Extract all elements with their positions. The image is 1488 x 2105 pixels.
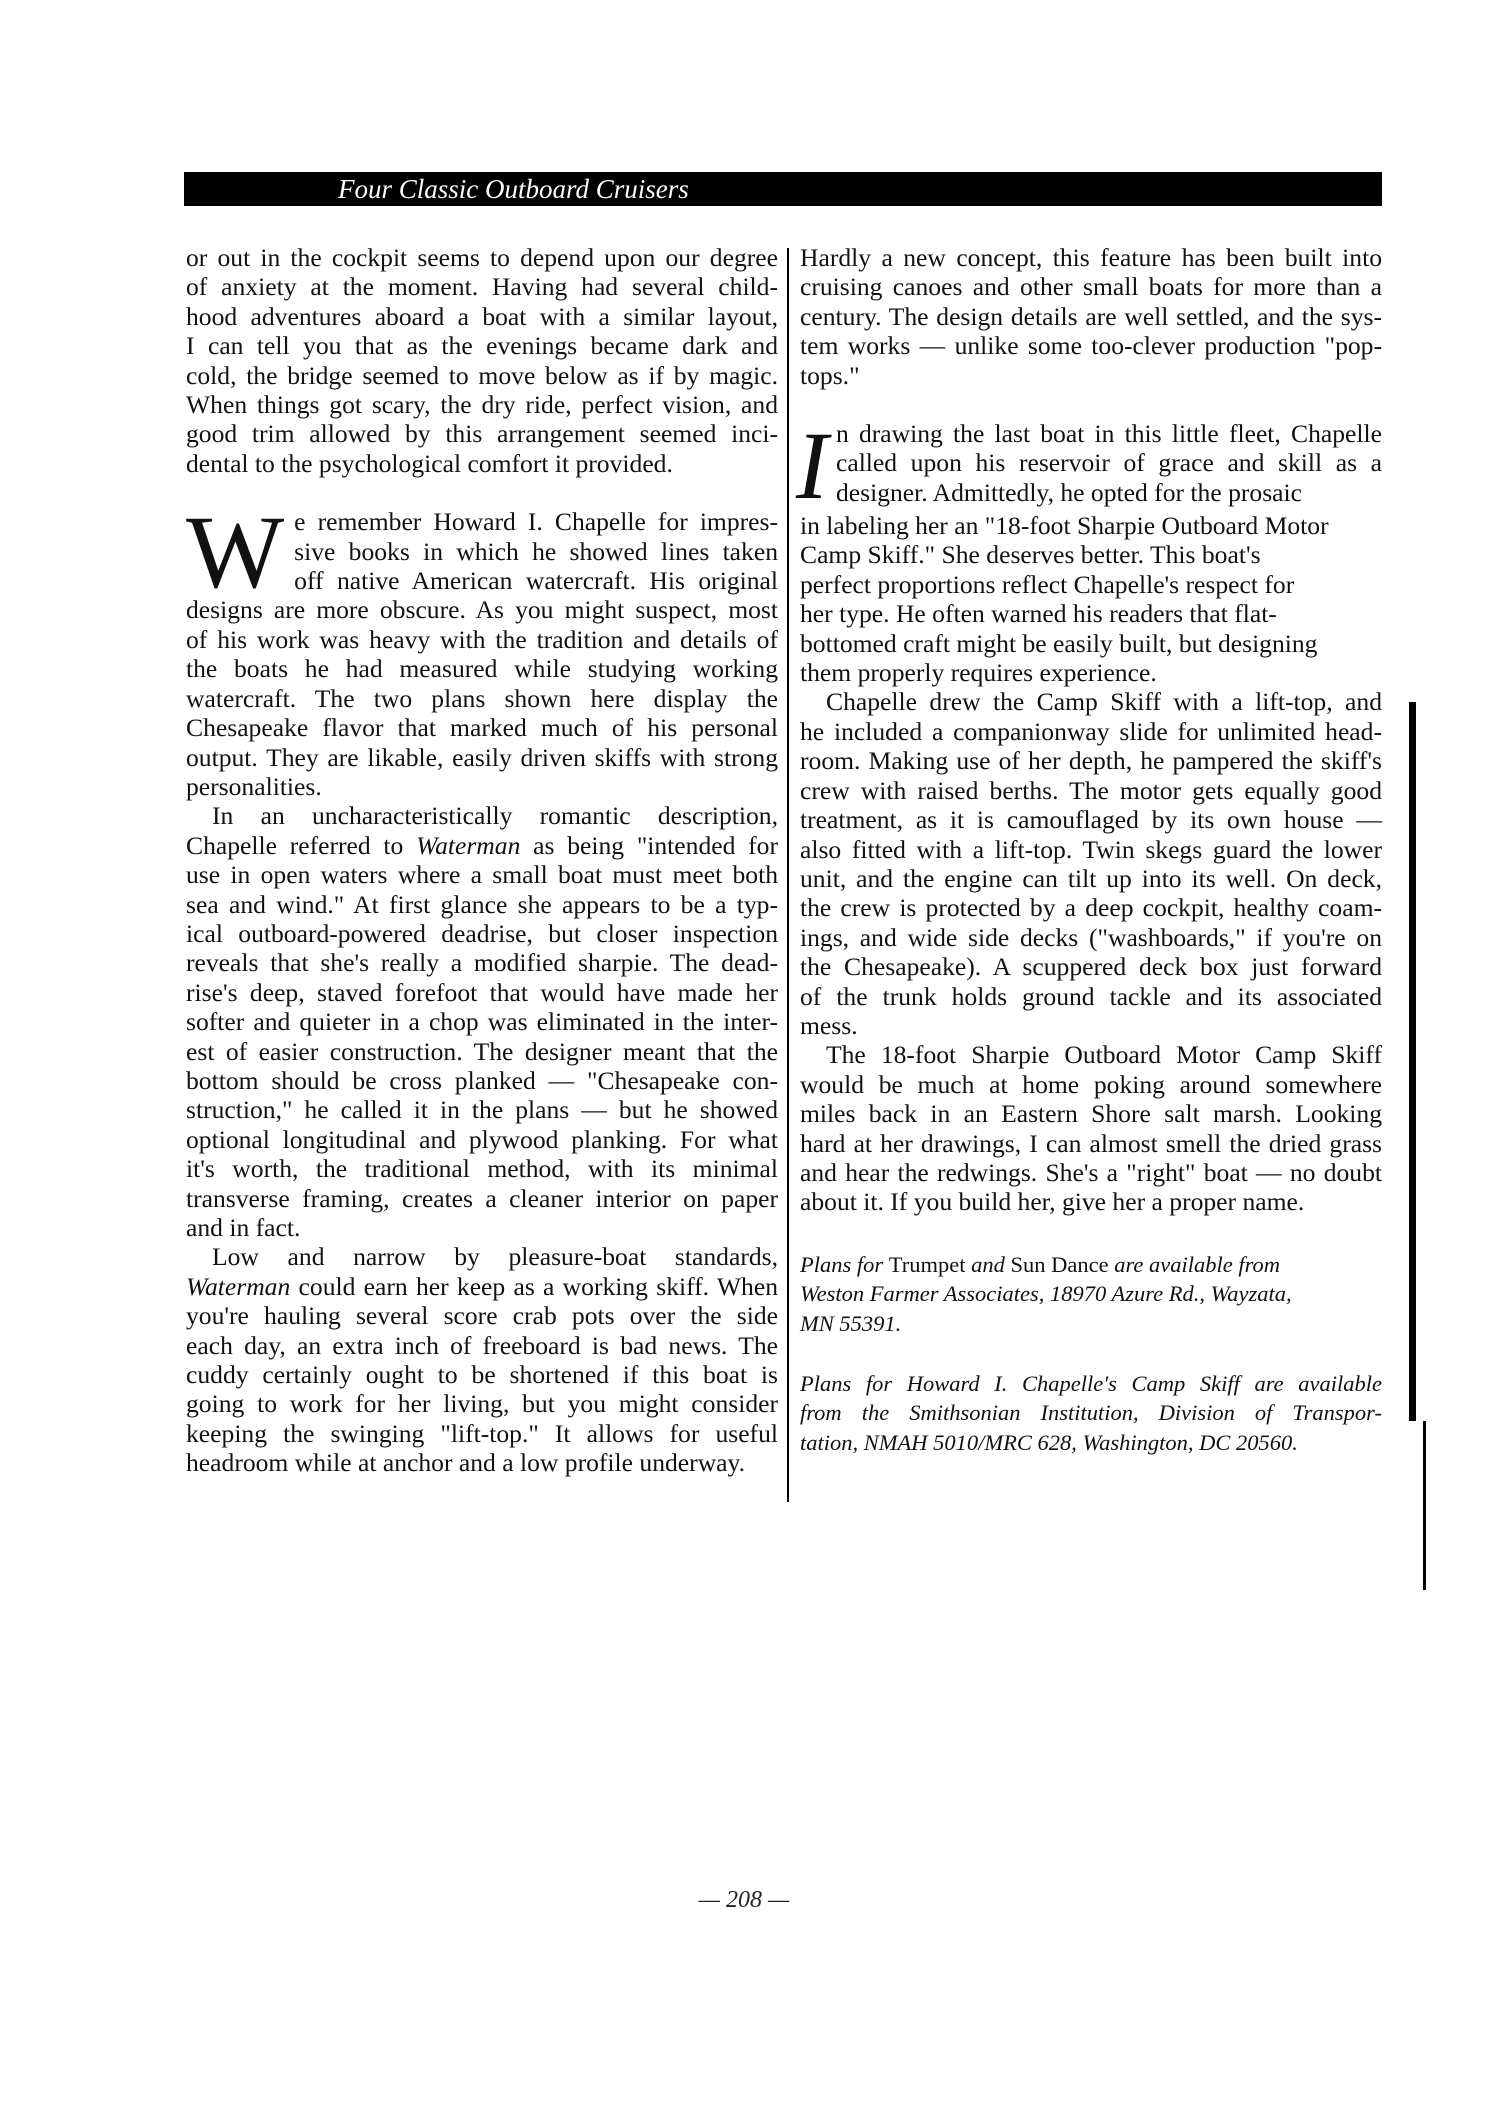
text-line: each day, an extra inch of freeboard is … xyxy=(186,1331,778,1360)
text-line: the Chesapeake). A scuppered deck box ju… xyxy=(800,952,1382,981)
text-line: ings, and wide side decks ("washboards,"… xyxy=(800,923,1382,952)
text-run: as being "intended for xyxy=(520,831,778,860)
text-line: rise's deep, staved forefoot that would … xyxy=(186,978,778,1007)
text-line: est of easier construction. The designer… xyxy=(186,1037,778,1066)
plans-note-trumpet-sun-dance: Plans for Trumpet and Sun Dance are avai… xyxy=(800,1250,1382,1338)
text-line: mess. xyxy=(800,1011,1382,1040)
text-line: I can tell you that as the evenings beca… xyxy=(186,331,778,360)
text-line: called upon his reservoir of grace and s… xyxy=(800,448,1382,477)
text-line: miles back in an Eastern Shore salt mars… xyxy=(800,1099,1382,1128)
paragraph-eastern-shore: The 18-foot Sharpie Outboard Motor Camp … xyxy=(800,1040,1382,1216)
running-title: Four Classic Outboard Cruisers xyxy=(338,172,689,206)
text-line: Plans for Trumpet and Sun Dance are avai… xyxy=(800,1250,1382,1279)
left-column: or out in the cockpit seems to depend up… xyxy=(186,243,778,1478)
text-line: Plans for Howard I. Chapelle's Camp Skif… xyxy=(800,1369,1382,1398)
text-line: The 18-foot Sharpie Outboard Motor Camp … xyxy=(800,1040,1382,1069)
page-number: — 208 — xyxy=(0,1887,1488,1914)
text-line: the boats he had measured while studying… xyxy=(186,654,778,683)
text-line: softer and quieter in a chop was elimina… xyxy=(186,1007,778,1036)
text-line: personalities. xyxy=(186,772,778,801)
text-line: bottomed craft might be easily built, bu… xyxy=(800,629,1382,658)
text-line: and in fact. xyxy=(186,1213,778,1242)
boat-name: Waterman xyxy=(416,831,520,860)
text-line: perfect proportions reflect Chapelle's r… xyxy=(800,570,1382,599)
paragraph-cockpit: or out in the cockpit seems to depend up… xyxy=(186,243,778,478)
margin-bar-thick xyxy=(1409,702,1416,1421)
text-line: optional longitudinal and plywood planki… xyxy=(186,1125,778,1154)
text-line: the crew is protected by a deep cockpit,… xyxy=(800,893,1382,922)
text-line: tops." xyxy=(800,361,1382,390)
text-line: keeping the swinging "lift-top." It allo… xyxy=(186,1419,778,1448)
text-line: designs are more obscure. As you might s… xyxy=(186,595,778,624)
text-run: Chapelle referred to xyxy=(186,831,416,860)
text-line: Chesapeake flavor that marked much of hi… xyxy=(186,713,778,742)
paragraph-chapelle-intro: W e remember Howard I. Chapelle for impr… xyxy=(186,507,778,801)
text-line: Low and narrow by pleasure-boat standard… xyxy=(186,1242,778,1271)
text-line: Waterman could earn her keep as a workin… xyxy=(186,1272,778,1301)
paragraph-gap xyxy=(800,1338,1382,1369)
running-header-bar: Four Classic Outboard Cruisers xyxy=(184,172,1382,206)
text-line: designer. Admittedly, he opted for the p… xyxy=(800,478,1382,507)
text-line: her type. He often warned his readers th… xyxy=(800,599,1382,628)
text-line: transverse framing, creates a cleaner in… xyxy=(186,1184,778,1213)
paragraph-waterman: In an uncharacteristically romantic desc… xyxy=(186,801,778,1242)
text-line: of the trunk holds ground tackle and its… xyxy=(800,982,1382,1011)
text-line: cuddy certainly ought to be shortened if… xyxy=(186,1360,778,1389)
column-divider xyxy=(787,248,789,1502)
paragraph-camp-skiff-intro: I n drawing the last boat in this little… xyxy=(800,419,1382,687)
text-line: of anxiety at the moment. Having had sev… xyxy=(186,272,778,301)
text-line: unit, and the engine can tilt up into it… xyxy=(800,864,1382,893)
text-line: you're hauling several score crab pots o… xyxy=(186,1301,778,1330)
text-line: headroom while at anchor and a low profi… xyxy=(186,1448,778,1477)
text-line: going to work for her living, but you mi… xyxy=(186,1389,778,1418)
text-line: Camp Skiff." She deserves better. This b… xyxy=(800,540,1382,569)
text-line: from the Smithsonian Institution, Divisi… xyxy=(800,1398,1382,1427)
text-line: reveals that she's really a modified sha… xyxy=(186,948,778,977)
text-line: hard at her drawings, I can almost smell… xyxy=(800,1129,1382,1158)
text-line: dental to the psychological comfort it p… xyxy=(186,449,778,478)
text-line: bottom should be cross planked — "Chesap… xyxy=(186,1066,778,1095)
text-run: could earn her keep as a working skiff. … xyxy=(290,1272,778,1301)
drop-cap: I xyxy=(796,427,828,511)
text-line: in labeling her an "18-foot Sharpie Outb… xyxy=(800,511,1382,540)
paragraph-camp-skiff-details: Chapelle drew the Camp Skiff with a lift… xyxy=(800,687,1382,1040)
text-line: good trim allowed by this arrangement se… xyxy=(186,419,778,448)
text-run: Plans for xyxy=(800,1252,889,1277)
text-line: also fitted with a lift-top. Twin skegs … xyxy=(800,835,1382,864)
text-line: or out in the cockpit seems to depend up… xyxy=(186,243,778,272)
margin-bar-thin xyxy=(1423,1421,1426,1590)
text-line: of his work was heavy with the tradition… xyxy=(186,625,778,654)
text-line: MN 55391. xyxy=(800,1309,1382,1338)
paragraph-low-and-narrow: Low and narrow by pleasure-boat standard… xyxy=(186,1242,778,1477)
drop-cap: W xyxy=(186,513,284,595)
text-line: them properly requires experience. xyxy=(800,658,1382,687)
text-line: tation, NMAH 5010/MRC 628, Washington, D… xyxy=(800,1428,1382,1457)
text-line: output. They are likable, easily driven … xyxy=(186,743,778,772)
paragraph-gap xyxy=(800,390,1382,419)
text-line: In an uncharacteristically romantic desc… xyxy=(186,801,778,830)
text-line: Weston Farmer Associates, 18970 Azure Rd… xyxy=(800,1279,1382,1308)
text-line: cold, the bridge seemed to move below as… xyxy=(186,361,778,390)
text-line: hood adventures aboard a boat with a sim… xyxy=(186,302,778,331)
text-line: it's worth, the traditional method, with… xyxy=(186,1154,778,1183)
text-run: and xyxy=(965,1252,1010,1277)
text-line: struction," he called it in the plans — … xyxy=(186,1095,778,1124)
text-line: cruising canoes and other small boats fo… xyxy=(800,272,1382,301)
text-line: and hear the redwings. She's a "right" b… xyxy=(800,1158,1382,1187)
text-line: watercraft. The two plans shown here dis… xyxy=(186,684,778,713)
boat-name: Waterman xyxy=(186,1272,290,1301)
text-line: sea and wind." At first glance she appea… xyxy=(186,890,778,919)
text-line: treatment, as it is camouflaged by its o… xyxy=(800,805,1382,834)
text-run: are available from xyxy=(1109,1252,1280,1277)
text-line: tem works — unlike some too-clever produ… xyxy=(800,331,1382,360)
text-line: ical outboard-powered deadrise, but clos… xyxy=(186,919,778,948)
paragraph-lift-top-concept: Hardly a new concept, this feature has b… xyxy=(800,243,1382,390)
text-line: use in open waters where a small boat mu… xyxy=(186,860,778,889)
text-line: Hardly a new concept, this feature has b… xyxy=(800,243,1382,272)
boat-name: Sun Dance xyxy=(1010,1252,1108,1277)
text-line: crew with raised berths. The motor gets … xyxy=(800,776,1382,805)
text-line: about it. If you build her, give her a p… xyxy=(800,1187,1382,1216)
text-line: century. The design details are well set… xyxy=(800,302,1382,331)
text-line: he included a companionway slide for unl… xyxy=(800,717,1382,746)
right-column: Hardly a new concept, this feature has b… xyxy=(800,243,1382,1457)
text-line: n drawing the last boat in this little f… xyxy=(800,419,1382,448)
text-line: Chapelle drew the Camp Skiff with a lift… xyxy=(800,687,1382,716)
text-line: When things got scary, the dry ride, per… xyxy=(186,390,778,419)
text-line: Chapelle referred to Waterman as being "… xyxy=(186,831,778,860)
text-line: room. Making use of her depth, he pamper… xyxy=(800,746,1382,775)
text-line: would be much at home poking around some… xyxy=(800,1070,1382,1099)
boat-name: Trumpet xyxy=(889,1252,966,1277)
paragraph-gap xyxy=(800,1217,1382,1250)
plans-note-camp-skiff: Plans for Howard I. Chapelle's Camp Skif… xyxy=(800,1369,1382,1457)
